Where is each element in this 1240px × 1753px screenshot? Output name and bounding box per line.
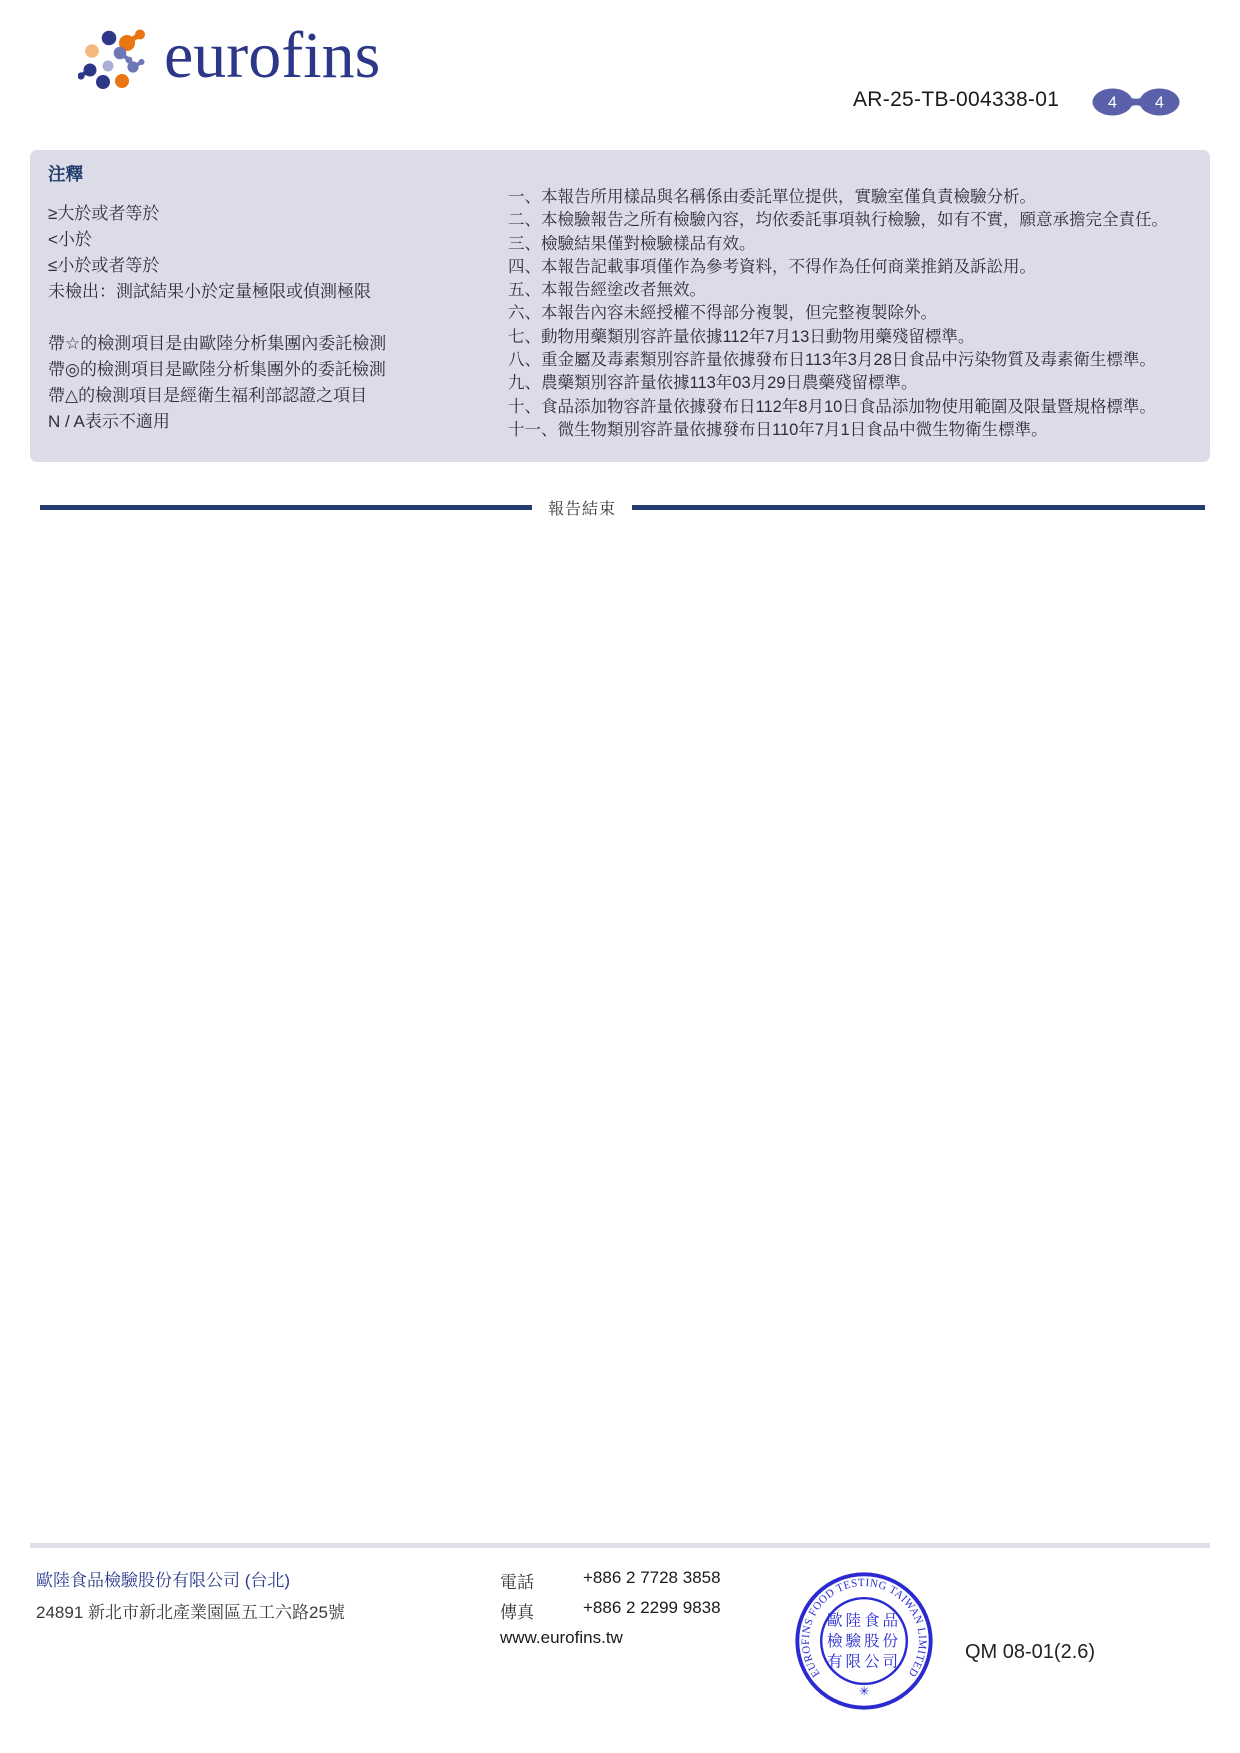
- end-of-report-divider: 報告結束: [40, 496, 1205, 518]
- legend-line: <小於: [48, 227, 478, 253]
- note-item: 四、本報告記載事項僅作為參考資料，不得作為任何商業推銷及訴訟用。: [508, 256, 1208, 279]
- mark-line: 帶△的檢測項目是經衛生福利部認證之項目: [48, 383, 478, 409]
- phone-label: 電話: [500, 1568, 534, 1593]
- website-link[interactable]: www.eurofins.tw: [500, 1628, 623, 1648]
- mark-line: 帶☆的檢測項目是由歐陸分析集團內委託檢測: [48, 331, 478, 357]
- note-item: 十、食品添加物容許量依據發布日112年8月10日食品添加物使用範圍及限量暨規格標…: [508, 396, 1208, 419]
- page-current: 4: [1108, 95, 1117, 112]
- footer-separator: [30, 1543, 1210, 1548]
- stamp-center-line1: 歐陸食品: [827, 1611, 901, 1629]
- notes-title: 注釋: [48, 163, 478, 185]
- stamp-center-line2: 檢驗股份: [827, 1632, 901, 1650]
- note-item: 三、檢驗結果僅對檢驗樣品有效。: [508, 233, 1208, 256]
- stamp-center-line3: 有限公司: [827, 1652, 901, 1670]
- star-icon: ✳: [859, 1684, 870, 1699]
- notes-items-column: 一、本報告所用樣品與名稱係由委託單位提供，實驗室僅負責檢驗分析。 二、本檢驗報告…: [508, 186, 1208, 442]
- legend-line: ≤小於或者等於: [48, 253, 478, 279]
- note-item: 二、本檢驗報告之所有檢驗內容，均依委託事項執行檢驗，如有不實，願意承擔完全責任。: [508, 209, 1208, 232]
- mark-line: 帶◎的檢測項目是歐陸分析集團外的委託檢測: [48, 357, 478, 383]
- note-item: 九、農藥類別容許量依據113年03月29日農藥殘留標準。: [508, 372, 1208, 395]
- phone-number: +886 2 7728 3858: [583, 1568, 721, 1588]
- report-page: eurofins AR-25-TB-004338-01 4 4 注釋 ≥大於或者…: [0, 0, 1240, 1753]
- page-total: 4: [1155, 95, 1164, 112]
- notes-panel: 注釋 ≥大於或者等於 <小於 ≤小於或者等於 未檢出：測試結果小於定量極限或偵測…: [30, 150, 1210, 462]
- divider-bar-right: [632, 505, 1205, 510]
- note-item: 五、本報告經塗改者無效。: [508, 279, 1208, 302]
- eurofins-logo-mark-icon: [78, 26, 150, 90]
- legend-line: ≥大於或者等於: [48, 201, 478, 227]
- document-code: QM 08-01(2.6): [965, 1641, 1095, 1664]
- end-of-report-label: 報告結束: [532, 496, 632, 519]
- eurofins-wordmark: eurofins: [164, 14, 380, 98]
- note-item: 七、動物用藥類別容許量依據112年7月13日動物用藥殘留標準。: [508, 326, 1208, 349]
- report-number: AR-25-TB-004338-01: [853, 88, 1063, 112]
- note-item: 一、本報告所用樣品與名稱係由委託單位提供，實驗室僅負責檢驗分析。: [508, 186, 1208, 209]
- notes-legend-column: 注釋 ≥大於或者等於 <小於 ≤小於或者等於 未檢出：測試結果小於定量極限或偵測…: [48, 163, 478, 435]
- fax-number: +886 2 2299 9838: [583, 1598, 721, 1618]
- divider-bar-left: [40, 505, 532, 510]
- legend-line: 未檢出：測試結果小於定量極限或偵測極限: [48, 279, 478, 305]
- company-address: 24891 新北市新北產業園區五工六路25號: [36, 1598, 345, 1623]
- mark-line: N / A表示不適用: [48, 409, 478, 435]
- fax-label: 傳真: [500, 1598, 534, 1623]
- page-indicator: 4 4: [1092, 88, 1180, 116]
- symbol-legend: ≥大於或者等於 <小於 ≤小於或者等於 未檢出：測試結果小於定量極限或偵測極限: [48, 201, 478, 305]
- note-item: 十一、微生物類別容許量依據發布日110年7月1日食品中微生物衛生標準。: [508, 419, 1208, 442]
- company-seal-stamp: EUROFINS FOOD TESTING TAIWAN LIMITED 歐陸食…: [791, 1568, 937, 1714]
- note-item: 六、本報告內容未經授權不得部分複製，但完整複製除外。: [508, 302, 1208, 325]
- eurofins-logo: eurofins: [78, 22, 418, 102]
- company-name: 歐陸食品檢驗股份有限公司 (台北): [36, 1566, 290, 1591]
- mark-legend: 帶☆的檢測項目是由歐陸分析集團內委託檢測 帶◎的檢測項目是歐陸分析集團外的委託檢…: [48, 331, 478, 435]
- note-item: 八、重金屬及毒素類別容許量依據發布日113年3月28日食品中污染物質及毒素衛生標…: [508, 349, 1208, 372]
